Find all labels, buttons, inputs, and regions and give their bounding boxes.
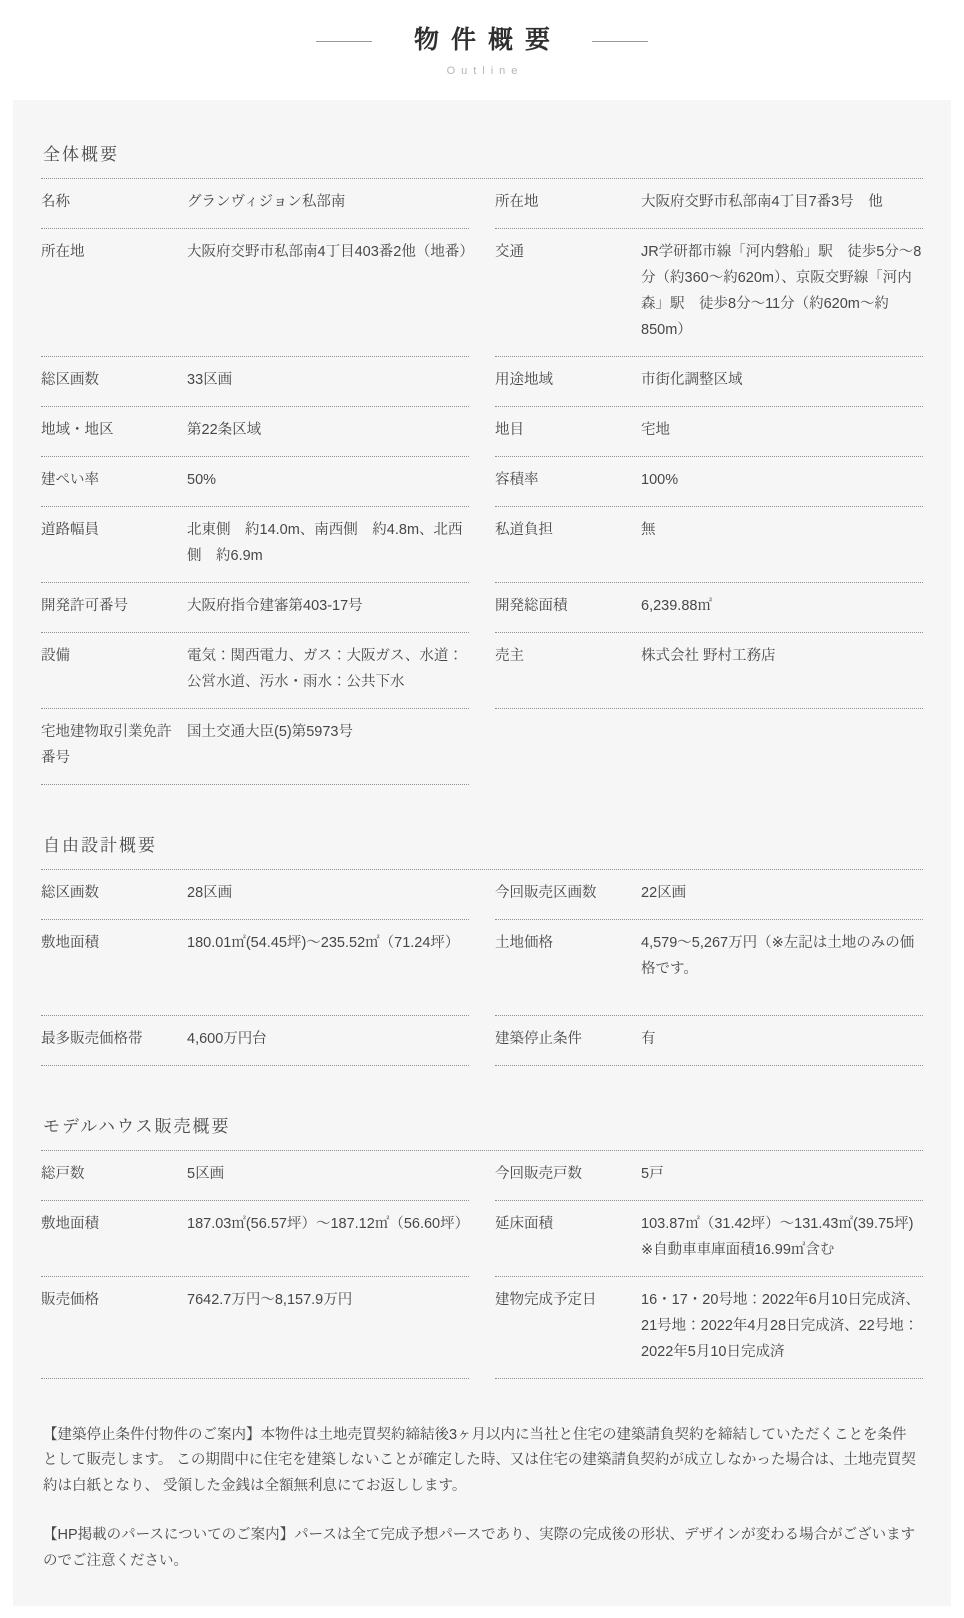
spec-label: 延床面積 xyxy=(495,1211,641,1237)
spec-cell-district: 地域・地区 第22条区域 xyxy=(41,407,469,457)
spec-value: 北東側 約14.0m、南西側 約4.8m、北西側 約6.9m xyxy=(187,517,469,569)
spec-value: 187.03㎡(56.57坪）〜187.12㎡（56.60坪） xyxy=(187,1211,469,1237)
section-heading: モデルハウス販売概要 xyxy=(41,1112,923,1151)
spec-value: 4,579〜5,267万円（※左記は土地のみの価格です。 xyxy=(641,930,923,982)
spec-cell-site-area: 敷地面積 180.01㎡(54.45坪)〜235.52㎡（71.24坪） xyxy=(41,920,469,1016)
spec-cell-site-area: 敷地面積 187.03㎡(56.57坪）〜187.12㎡（56.60坪） xyxy=(41,1201,469,1277)
spec-cell-land-category: 地目 宅地 xyxy=(495,407,923,457)
spec-cell-seller: 売主 株式会社 野村工務店 xyxy=(495,633,923,709)
spec-value: 28区画 xyxy=(187,880,469,906)
spec-label: 建築停止条件 xyxy=(495,1026,641,1052)
spec-grid: 総区画数 28区画 今回販売区画数 22区画 敷地面積 180.01㎡(54.4… xyxy=(41,870,923,1066)
spec-label: 用途地域 xyxy=(495,367,641,393)
spec-label: 総戸数 xyxy=(41,1161,187,1187)
spec-label: 建ぺい率 xyxy=(41,467,187,493)
spec-value: 5戸 xyxy=(641,1161,923,1187)
spec-cell-license-number: 宅地建物取引業免許番号 国土交通大臣(5)第5973号 xyxy=(41,709,469,785)
spec-value: 第22条区域 xyxy=(187,417,469,443)
spec-cell-sales-price: 販売価格 7642.7万円〜8,157.9万円 xyxy=(41,1277,469,1379)
spec-cell-most-common-price-range: 最多販売価格帯 4,600万円台 xyxy=(41,1016,469,1066)
spec-cell-floor-area-ratio: 容積率 100% xyxy=(495,457,923,507)
spec-label: 土地価格 xyxy=(495,930,641,956)
spec-cell-road-width: 道路幅員 北東側 約14.0m、南西側 約4.8m、北西側 約6.9m xyxy=(41,507,469,583)
spec-grid: 名称 グランヴィジョン私部南 所在地 大阪府交野市私部南4丁目7番3号 他 所在… xyxy=(41,179,923,785)
spec-label: 売主 xyxy=(495,643,641,669)
spec-cell-units-for-sale-now: 今回販売戸数 5戸 xyxy=(495,1151,923,1201)
spec-value: 大阪府交野市私部南4丁目403番2他（地番） xyxy=(187,239,469,265)
spec-label: 地域・地区 xyxy=(41,417,187,443)
spec-value: 5区画 xyxy=(187,1161,469,1187)
spec-cell-total-lots: 総区画数 28区画 xyxy=(41,870,469,920)
section-heading: 自由設計概要 xyxy=(41,831,923,870)
spec-value: 有 xyxy=(641,1026,923,1052)
spec-label: 開発総面積 xyxy=(495,593,641,619)
section-free-design-overview: 自由設計概要 総区画数 28区画 今回販売区画数 22区画 敷地面積 180.0… xyxy=(41,831,923,1066)
spec-value: JR学研都市線「河内磐船」駅 徒歩5分〜8分（約360〜約620m）、京阪交野線… xyxy=(641,239,923,343)
spec-cell-lots-for-sale-now: 今回販売区画数 22区画 xyxy=(495,870,923,920)
spec-cell-empty xyxy=(495,709,923,785)
spec-value: 100% xyxy=(641,467,923,493)
spec-label: 設備 xyxy=(41,643,187,669)
spec-label: 今回販売戸数 xyxy=(495,1161,641,1187)
spec-cell-lot-number-address: 所在地 大阪府交野市私部南4丁目403番2他（地番） xyxy=(41,229,469,357)
spec-value: 6,239.88㎡ xyxy=(641,593,923,619)
notes-block: 【建築停止条件付物件のご案内】本物件は土地売買契約締結後3ヶ月以内に当社と住宅の… xyxy=(41,1407,923,1574)
spec-value: 22区画 xyxy=(641,880,923,906)
spec-value: 宅地 xyxy=(641,417,923,443)
spec-value: 16・17・20号地：2022年6月10日完成済、21号地：2022年4月28日… xyxy=(641,1287,923,1365)
spec-value: 市街化調整区域 xyxy=(641,367,923,393)
spec-label: 敷地面積 xyxy=(41,930,187,956)
spec-cell-private-road-burden: 私道負担 無 xyxy=(495,507,923,583)
spec-cell-transportation: 交通 JR学研都市線「河内磐船」駅 徒歩5分〜8分（約360〜約620m）、京阪… xyxy=(495,229,923,357)
spec-value: 国土交通大臣(5)第5973号 xyxy=(187,719,469,745)
page-header: 物件概要 Outline xyxy=(0,0,964,85)
page-title: 物件概要 xyxy=(402,26,562,56)
spec-label: 開発許可番号 xyxy=(41,593,187,619)
spec-value: 大阪府交野市私部南4丁目7番3号 他 xyxy=(641,189,923,215)
spec-cell-location-address: 所在地 大阪府交野市私部南4丁目7番3号 他 xyxy=(495,179,923,229)
spec-label: 交通 xyxy=(495,239,641,265)
spec-label: 販売価格 xyxy=(41,1287,187,1313)
spec-label: 宅地建物取引業免許番号 xyxy=(41,719,187,771)
spec-label: 私道負担 xyxy=(495,517,641,543)
spec-value: 大阪府指令建審第403-17号 xyxy=(187,593,469,619)
spec-cell-land-price: 土地価格 4,579〜5,267万円（※左記は土地のみの価格です。 xyxy=(495,920,923,1016)
section-overall-overview: 全体概要 名称 グランヴィジョン私部南 所在地 大阪府交野市私部南4丁目7番3号… xyxy=(41,140,923,785)
spec-cell-building-stop-condition: 建築停止条件 有 xyxy=(495,1016,923,1066)
page-subtitle: Outline xyxy=(0,65,964,77)
spec-cell-development-permit-number: 開発許可番号 大阪府指令建審第403-17号 xyxy=(41,583,469,633)
spec-label: 総区画数 xyxy=(41,367,187,393)
note-rendering-disclaimer: 【HP掲載のパースについてのご案内】パースは全て完成予想パースであり、実際の完成… xyxy=(43,1523,921,1574)
title-decorative-line-left xyxy=(316,41,372,42)
spec-label: 総区画数 xyxy=(41,880,187,906)
spec-value: 電気：関西電力、ガス：大阪ガス、水道：公営水道、汚水・雨水：公共下水 xyxy=(187,643,469,695)
section-model-house-sales-overview: モデルハウス販売概要 総戸数 5区画 今回販売戸数 5戸 敷地面積 187.03… xyxy=(41,1112,923,1379)
spec-value: 50% xyxy=(187,467,469,493)
spec-cell-total-development-area: 開発総面積 6,239.88㎡ xyxy=(495,583,923,633)
spec-cell-total-lots: 総区画数 33区画 xyxy=(41,357,469,407)
spec-cell-building-coverage: 建ぺい率 50% xyxy=(41,457,469,507)
spec-label: 所在地 xyxy=(495,189,641,215)
spec-label: 最多販売価格帯 xyxy=(41,1026,187,1052)
title-decorative-line-right xyxy=(592,41,648,42)
note-building-stop-condition: 【建築停止条件付物件のご案内】本物件は土地売買契約締結後3ヶ月以内に当社と住宅の… xyxy=(43,1423,921,1499)
section-heading: 全体概要 xyxy=(41,140,923,179)
spec-label: 敷地面積 xyxy=(41,1211,187,1237)
spec-value: 株式会社 野村工務店 xyxy=(641,643,923,669)
spec-label: 道路幅員 xyxy=(41,517,187,543)
spec-value: 33区画 xyxy=(187,367,469,393)
spec-grid: 総戸数 5区画 今回販売戸数 5戸 敷地面積 187.03㎡(56.57坪）〜1… xyxy=(41,1151,923,1379)
spec-cell-name: 名称 グランヴィジョン私部南 xyxy=(41,179,469,229)
property-overview-card: 全体概要 名称 グランヴィジョン私部南 所在地 大阪府交野市私部南4丁目7番3号… xyxy=(13,100,951,1606)
spec-cell-zoning: 用途地域 市街化調整区域 xyxy=(495,357,923,407)
spec-value: 4,600万円台 xyxy=(187,1026,469,1052)
spec-label: 名称 xyxy=(41,189,187,215)
spec-value: 7642.7万円〜8,157.9万円 xyxy=(187,1287,469,1313)
spec-cell-utilities: 設備 電気：関西電力、ガス：大阪ガス、水道：公営水道、汚水・雨水：公共下水 xyxy=(41,633,469,709)
spec-value: グランヴィジョン私部南 xyxy=(187,189,469,215)
spec-label: 容積率 xyxy=(495,467,641,493)
spec-cell-total-units: 総戸数 5区画 xyxy=(41,1151,469,1201)
spec-label: 所在地 xyxy=(41,239,187,265)
spec-cell-building-completion-date: 建物完成予定日 16・17・20号地：2022年6月10日完成済、21号地：20… xyxy=(495,1277,923,1379)
spec-cell-total-floor-area: 延床面積 103.87㎡（31.42坪）〜131.43㎡(39.75坪) ※自動… xyxy=(495,1201,923,1277)
spec-label: 建物完成予定日 xyxy=(495,1287,641,1313)
spec-value: 無 xyxy=(641,517,923,543)
spec-label: 今回販売区画数 xyxy=(495,880,641,906)
spec-value: 103.87㎡（31.42坪）〜131.43㎡(39.75坪) ※自動車車庫面積… xyxy=(641,1211,923,1263)
spec-value: 180.01㎡(54.45坪)〜235.52㎡（71.24坪） xyxy=(187,930,469,956)
spec-label: 地目 xyxy=(495,417,641,443)
